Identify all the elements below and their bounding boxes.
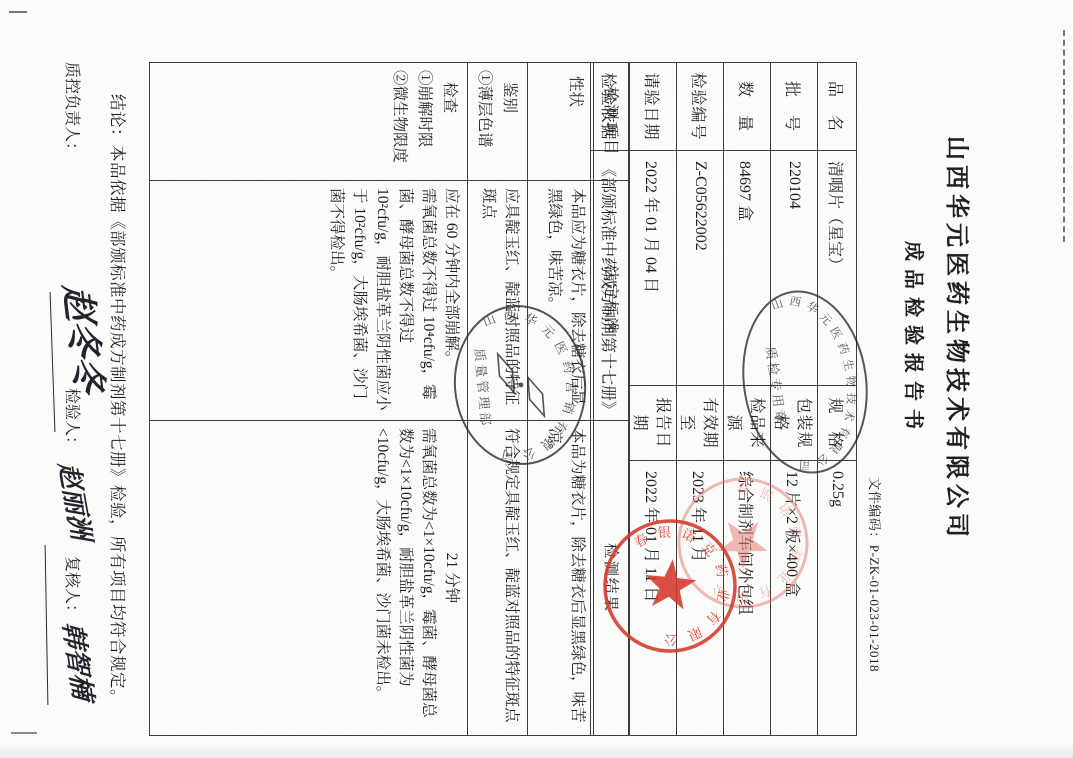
test-result: 符合规定具靛玉红、靛蓝对照品的特征斑点 (468, 421, 528, 736)
table-row: 数 量 84697 盒 检品来源 综合制剂车间外包组 (724, 63, 771, 736)
table-row: 检验编号 Z-C05622002 有效期至 2023 年 11 月 (677, 63, 724, 736)
field-label: 检品来源 (724, 386, 771, 461)
standard-text: 应在 60 分钟内全部崩解。 (440, 188, 463, 413)
scanned-report-viewport: 山西华元医药生物技术有限公司 成品检验报告书 文件编码：P-ZK-01-023-… (0, 0, 1073, 758)
standard-text: 应具靛玉红、靛蓝对照品的特征斑点 (477, 188, 523, 413)
title-block: 山西华元医药生物技术有限公司 成品检验报告书 (901, 0, 977, 718)
item-label: 检查 (438, 70, 461, 173)
field-label: 请验日期 (630, 63, 677, 151)
report-title: 成品检验报告书 (901, 0, 930, 718)
result-text: 21 分钟 (440, 428, 463, 728)
inspector-signature: 赵丽洲 (51, 461, 102, 540)
standard-text: 需氧菌总数不得过 10⁴cfu/g，霉菌、酵母菌总数不得过 10²cfu/g，耐… (325, 188, 440, 413)
table-row-check: 检查 ①崩解时限 ②微生物限度 应在 60 分钟内全部崩解。 需氧菌总数不得过 … (150, 63, 468, 736)
results-table: 检测项目 法定标准 检测结果 性状 本品应为糖衣片，除去糖衣后显黑绿色，味苦凉。… (149, 62, 629, 736)
table-header-row: 检测项目 法定标准 检测结果 (594, 63, 629, 736)
field-value: 220104 (771, 151, 818, 386)
test-item: 检查 ①崩解时限 ②微生物限度 (150, 63, 468, 181)
item-label: 鉴别 (498, 70, 521, 173)
table-row: 请验日期 2022 年 01 月 04 日 报告日期 2022 年 01 月 1… (630, 63, 677, 736)
item-sub-label: ①薄层色谱 (473, 70, 496, 173)
info-table: 品 名 清咽片（星宝） 规 格 0.25g 批 号 220104 包装规格 12… (590, 62, 857, 736)
column-header-standard: 法定标准 (594, 181, 629, 421)
scan-corner-mark-left (9, 11, 27, 13)
legal-standard: 本品应为糖衣片，除去糖衣后显黑绿色，味苦凉。 (528, 181, 594, 421)
field-value: 84697 盒 (724, 151, 771, 386)
field-value: 综合制剂车间外包组 (724, 461, 771, 736)
field-label: 规 格 (818, 386, 857, 461)
result-text: 本品为糖衣片，除去糖衣后显黑绿色，味苦凉。 (543, 428, 589, 728)
field-value: 清咽片（星宝） (818, 151, 857, 386)
inspector-label: 检验人： (62, 388, 85, 452)
signature-underline (50, 292, 56, 432)
conclusion: 结论：本品依据《部颁标准中药成方制剂第十七册》检验，所有项目均符合规定。 (107, 62, 131, 742)
field-value: 12 片×2 板×400 盒 (771, 461, 818, 736)
result-text: 需氧菌总数为<1×10cfu/g，霉菌、酵母菌总数为<1×10cfu/g，耐胆盐… (371, 428, 440, 728)
field-label: 检验编号 (677, 63, 724, 151)
table-row-character: 性状 本品应为糖衣片，除去糖衣后显黑绿色，味苦凉。 本品为糖衣片，除去糖衣后显黑… (528, 63, 594, 736)
item-sub-label: ②微生物限度 (388, 70, 411, 173)
standard-text: 本品应为糖衣片，除去糖衣后显黑绿色，味苦凉。 (543, 188, 589, 413)
signature-underline (45, 545, 49, 705)
scan-corner-mark-right (11, 732, 37, 734)
field-value: Z-C05622002 (677, 151, 724, 386)
field-label: 有效期至 (677, 386, 724, 461)
item-label: 性状 (564, 70, 587, 173)
field-value: 2022 年 01 月 11 日 (630, 461, 677, 736)
result-text: 符合规定具靛玉红、靛蓝对照品的特征斑点 (500, 428, 523, 728)
field-label: 数 量 (724, 63, 771, 151)
reviewer-label: 复核人： (62, 556, 85, 620)
item-sub-label: ①崩解时限 (413, 70, 436, 173)
field-label: 报告日期 (630, 386, 677, 461)
table-row: 品 名 清咽片（星宝） 规 格 0.25g (818, 63, 857, 736)
test-result: 21 分钟 需氧菌总数为<1×10cfu/g，霉菌、酵母菌总数为<1×10cfu… (150, 421, 468, 736)
field-value: 2023 年 11 月 (677, 461, 724, 736)
table-row: 批 号 220104 包装规格 12 片×2 板×400 盒 (771, 63, 818, 736)
conclusion-text: 结论：本品依据《部颁标准中药成方制剂第十七册》检验，所有项目均符合规定。 (107, 62, 131, 742)
field-value: 0.25g (818, 461, 857, 736)
test-item: 鉴别 ①薄层色谱 (468, 63, 528, 181)
qc-director-label: 质控负责人： (62, 62, 85, 158)
company-name: 山西华元医药生物技术有限公司 (942, 0, 977, 718)
reviewer-signature: 韩智楠 (55, 622, 103, 701)
column-header-item: 检测项目 (594, 63, 629, 181)
document-code: 文件编码：P-ZK-01-023-01-2018 (866, 0, 885, 672)
test-result: 本品为糖衣片，除去糖衣后显黑绿色，味苦凉。 (528, 421, 594, 736)
column-header-result: 检测结果 (594, 421, 629, 736)
report-page: 山西华元医药生物技术有限公司 成品检验报告书 文件编码：P-ZK-01-023-… (0, 0, 1073, 758)
field-label: 包装规格 (771, 386, 818, 461)
legal-standard: 应具靛玉红、靛蓝对照品的特征斑点 (468, 181, 528, 421)
table-row-identification: 鉴别 ①薄层色谱 应具靛玉红、靛蓝对照品的特征斑点 符合规定具靛玉红、靛蓝对照品… (468, 63, 528, 736)
legal-standard: 应在 60 分钟内全部崩解。 需氧菌总数不得过 10⁴cfu/g，霉菌、酵母菌总… (150, 181, 468, 421)
field-label: 批 号 (771, 63, 818, 151)
field-value: 2022 年 01 月 04 日 (630, 151, 677, 386)
scan-edge-dash (1063, 30, 1065, 242)
test-item: 性状 (528, 63, 594, 181)
field-label: 品 名 (818, 63, 857, 151)
